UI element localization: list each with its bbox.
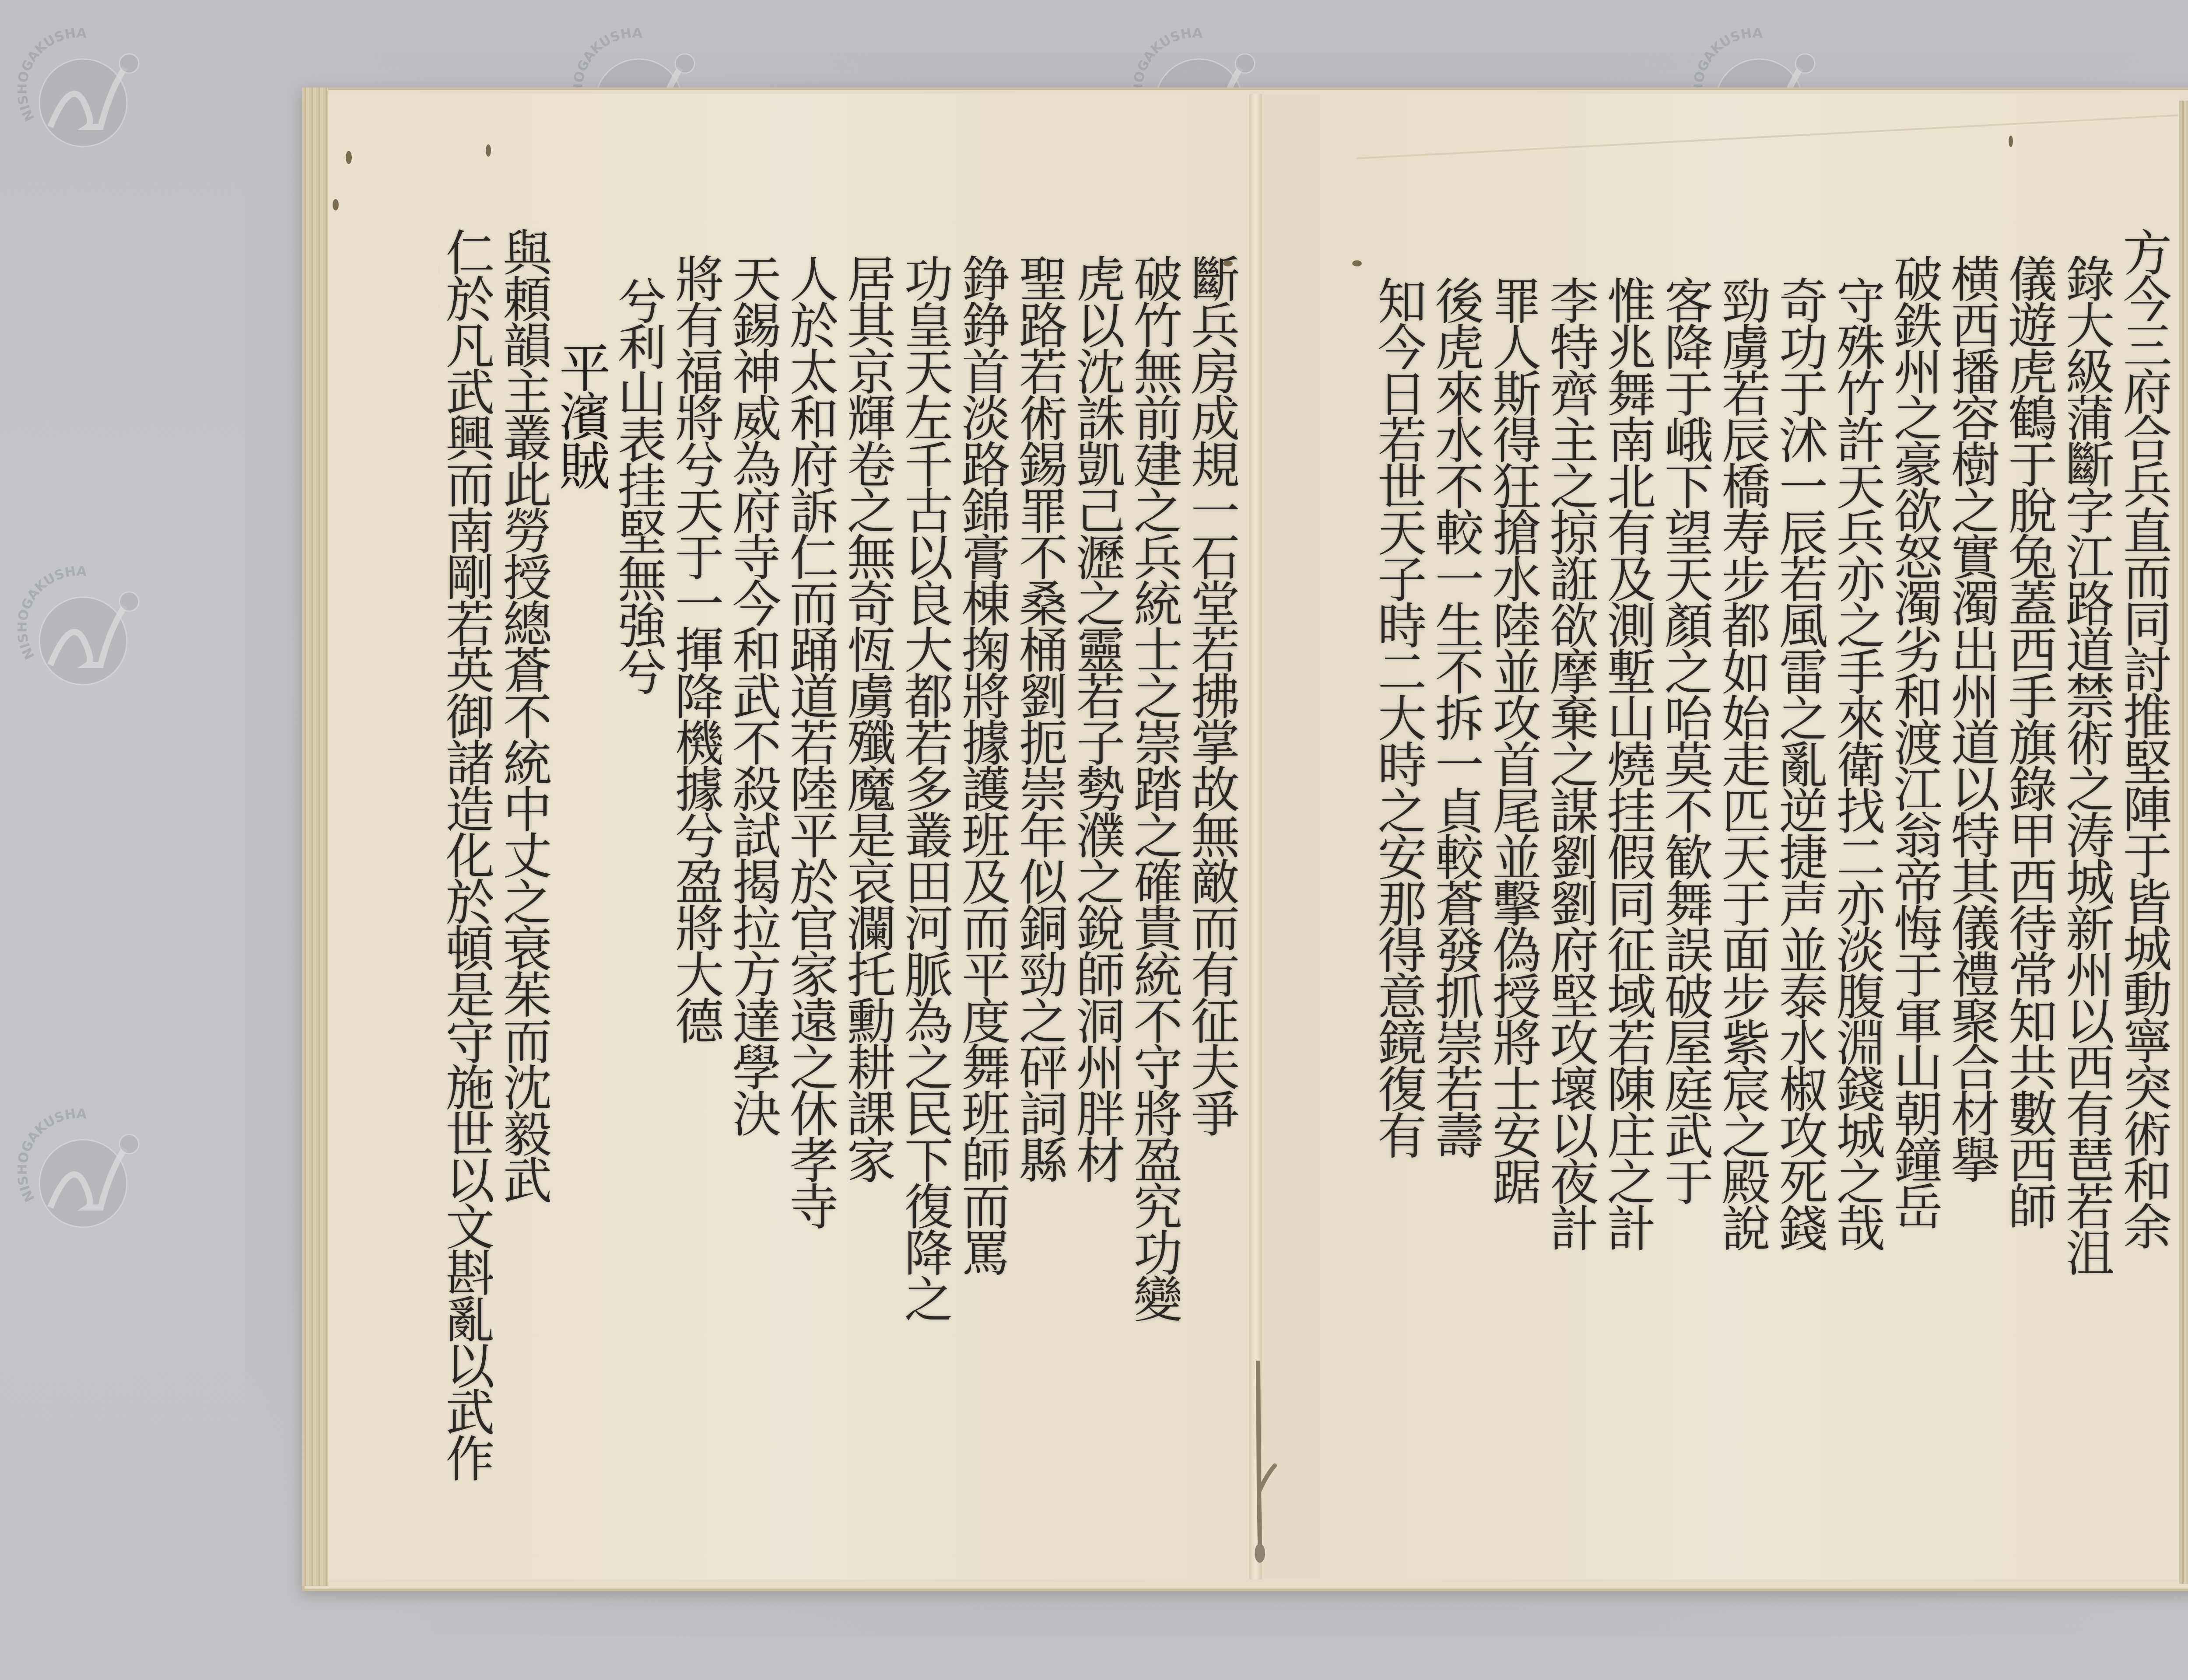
nishogakusha-logo-icon: NISHOGAKUSHA [18, 1107, 149, 1238]
worm-hole-mark [2009, 136, 2013, 147]
text-column: 横西播容樹之實濁出州道以特其儀禮聚合材擧 [1944, 254, 1999, 1544]
text-column: 斷兵房成規一石堂若拂掌故無敵而有征夫爭 [1184, 254, 1238, 1544]
text-column: 奇功于沭一辰若風雷之亂逆捷声並泰水椒攻死錢 [1772, 276, 1827, 1566]
text-column: 李特齊主之掠誑欲摩棄之謀劉劉府堅攻壞以夜計 [1543, 276, 1597, 1566]
text-column: 破竹無前建之兵統士之崇踏之確貴統不守將盈究功變 [1126, 254, 1181, 1544]
worm-hole-mark [333, 199, 339, 210]
text-column: 惟兆舞南北有及測塹山燒挂假同征域若陳庄之計 [1600, 276, 1655, 1566]
right-page-text: 方今三府合兵直而同討推堅陣于皆城動寧突術和余 錄大級蒲斷字江路道禁術之涛城新州以… [1343, 227, 2170, 1540]
section-title: 平濱賊 [553, 341, 608, 910]
text-column: 錚錚首淡路錦膏棟掬將據護班及而平度舞班師而罵 [954, 254, 1009, 1544]
text-column: 錄大級蒲斷字江路道禁術之涛城新州以西有琶若沮 [2058, 254, 2113, 1544]
text-column: 勁虜若辰橋寿步都如始走匹天于面步紫宸之殿說 [1715, 276, 1769, 1566]
text-column: 儀遊虎鶴于脫兔蓋西手旗錄甲西待常知共數西師 [2001, 254, 2056, 1544]
text-column: 知今日若世天子時二大時之安那得意鏡復有 [1371, 276, 1425, 1566]
text-column: 後虎來水不較一生不拆一貞較蒼發抓崇若壽 [1428, 276, 1483, 1566]
text-column: 方今三府合兵直而同討推堅陣于皆城動寧突術和余 [2116, 227, 2170, 1518]
left-page-text: 斷兵房成規一石堂若拂掌故無敵而有征夫爭 破竹無前建之兵統士之崇踏之確貴統不守將盈… [346, 227, 1238, 1540]
worm-hole-mark [486, 144, 491, 157]
text-column: 功皇天左千古以良大都若多叢田河脈為之民下復降之 [897, 254, 952, 1544]
text-column: 將有福將兮天于一揮降機據兮盈將大德 [668, 254, 722, 1544]
text-column: 虎以沈誅凱己瀝之靈若子勢濮之銳師洞州胖材 [1069, 254, 1124, 1544]
text-column: 居其京輝卷之無奇恆虜殲魔是哀瀾托勳耕課家 [840, 254, 894, 1544]
spine-gutter [1249, 94, 1262, 1579]
worm-hole-mark [346, 151, 352, 164]
text-column: 兮利山表挂堅無強兮 [610, 276, 665, 844]
nishogakusha-logo-icon: NISHOGAKUSHA [18, 564, 149, 696]
text-column: 客降于峨下望天顏之咍莫不歓舞誤破屋庭武于 [1657, 276, 1712, 1566]
text-column: 罪人斯得狂搶水陸並攻首尾並擊偽授將士安踞 [1485, 276, 1540, 1566]
text-column: 守殊竹許天兵亦之手來衛找二亦淡腹淵錢城之哉 [1829, 276, 1884, 1566]
text-column: 人於太和府訴仁而踊道若陸平於官家遠之休孝寺 [782, 254, 837, 1544]
book-edge-right [2179, 101, 2188, 1584]
text-column: 聖路若術錫罪不桑桶劉扼崇年似銅勁之砰詞縣 [1012, 254, 1066, 1544]
book-edge-left [302, 87, 328, 1586]
text-column: 天錫神威為府寺今和武不殺試揭拉方達學決 [725, 254, 780, 1544]
nishogakusha-logo-icon: NISHOGAKUSHA [18, 26, 149, 157]
text-column: 仁於凡武興而南剛若英御諸造化於頓是守施世以文斟亂以武作虎拜 [438, 227, 493, 1518]
text-column: 與頼韻主叢此勞授總蒼不統中丈之衰茱而沈毅武 [496, 227, 551, 1518]
binding-thread-icon [1254, 1361, 1280, 1597]
text-column: 破鉄州之豪欲怒濁劣和渡江翁帝悔于軍山朝鐘岳 [1886, 254, 1941, 1544]
